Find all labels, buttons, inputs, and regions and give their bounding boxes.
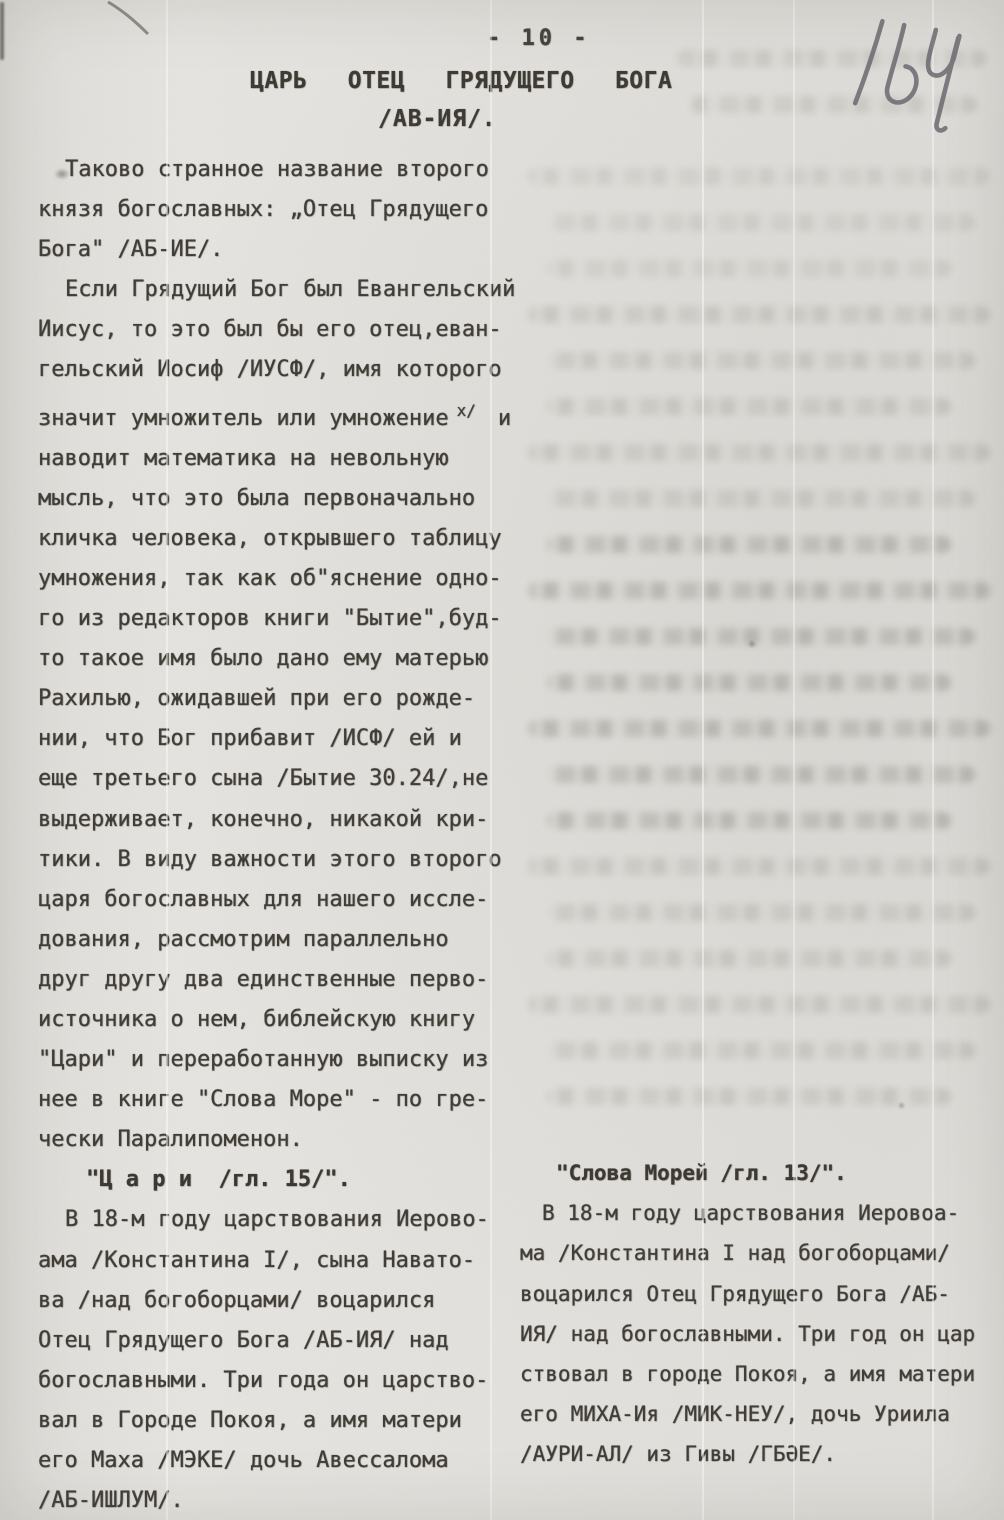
corner-pen-mark [96,0,166,40]
text-line: Иисус, то это был бы его отец,еван- [38,310,543,350]
ink-speck [748,640,756,648]
bleedthrough-line [528,306,990,323]
text-line: богославными. Три года он царство- [38,1361,543,1401]
text-line: чески Паралипоменон. [38,1120,543,1160]
document-title: ЦАРЬ ОТЕЦ ГРЯДУЩЕГО БОГА [250,68,672,94]
text-line: Бога" /АБ-ИЕ/. [38,230,543,270]
bleedthrough-line [547,628,975,645]
title-transliteration: /АВ-ИЯ/. [378,106,497,132]
text-line: нее в книге "Слова Море" - по гре- [38,1080,543,1120]
bleedthrough-line [528,444,990,461]
page-number: - 10 - [487,26,590,51]
text-line: выдерживает, конечно, никакой кри- [38,800,543,840]
text-line: ствовал в городе Покоя, а имя матери [520,1354,1002,1394]
text-line: гельский Иосиф /ИУСФ/, имя которого [38,350,543,390]
text-line: В 18-м году царствования Иерово- [38,1200,543,1240]
bleedthrough-line [547,766,975,783]
text-line: князя богославных: „Отец Грядущего [38,190,543,230]
chronicles-section-heading: "Слова Морей /гл. 13/". [520,1153,1002,1193]
text-line: вал в Городе Покоя, а имя матери [38,1401,543,1441]
bleedthrough-line [528,582,990,599]
text-line: друг другу два единственные перво- [38,960,543,1000]
bleedthrough-line [547,950,950,967]
text-line: ва /над богоборцами/ воцарился [38,1281,543,1321]
bleedthrough-line [528,858,990,875]
text-line: царя богославных для нашего иссле- [38,880,543,920]
text-line: Отец Грядущего Бога /АБ-ИЯ/ над [38,1321,543,1361]
text-line: его Маха /МЭКЕ/ дочь Авессалома [38,1441,543,1481]
text-line-with-footnote-mark: значит умножитель или умножениех/и [38,391,543,439]
text-line: мысль, что это была первоначально [38,479,543,519]
bleedthrough-text-block [508,168,1000,1158]
text-segment: и [498,406,511,431]
text-line: /АУРИ-АЛ/ из Гивы /ГБӘЕ/. [520,1434,1002,1474]
text-line: тики. В виду важности этого второго [38,840,543,880]
text-line: В 18-м году царствования Иеровоа- [520,1193,1002,1233]
text-line: /АБ-ИШЛУМ/. [38,1481,543,1520]
bleedthrough-line [547,536,950,553]
text-line: дования, рассмотрим параллельно [38,920,543,960]
handwritten-page-number-value: 154 [848,2,849,3]
text-line: источника о нем, библейскую книгу [38,1000,543,1040]
text-line: наводит математика на невольную [38,439,543,479]
text-line: ма /Константина I над богоборцами/ [520,1233,1002,1273]
bleedthrough-line [547,490,975,507]
bleedthrough-line [547,260,950,277]
bleedthrough-line [547,904,975,921]
scanned-document-page: - 10 - ЦАРЬ ОТЕЦ ГРЯДУЩЕГО БОГА /АВ-ИЯ/.… [0,0,1004,1520]
text-line: Таково странное название второго [38,150,543,190]
handwritten-page-number: 154 [837,2,988,144]
bleedthrough-line [547,1042,975,1059]
edge-mark [0,2,4,60]
text-segment: значит умножитель или умножение [38,406,449,431]
text-line: ИЯ/ над богославными. Три год он цар [520,1314,1002,1354]
bleedthrough-line [528,168,990,185]
bleedthrough-line [528,720,990,737]
text-line: умножения, так как об"яснение одно- [38,559,543,599]
text-line: то такое имя было дано ему матерью [38,639,543,679]
bleedthrough-line [547,1088,950,1105]
text-line: ама /Константина I/, сына Навато- [38,1241,543,1281]
pencil-numerals-154 [837,2,988,144]
text-line: нии, что Бог прибавит /ИСФ/ ей и [38,719,543,759]
text-line: воцарился Отец Грядущего Бога /АБ- [520,1274,1002,1314]
main-text-column: Таково странное название второго князя б… [38,150,543,1520]
text-line: го из редакторов книги "Бытие",буд- [38,599,543,639]
text-line: Рахилью, ожидавшей при его рожде- [38,679,543,719]
ink-speck [898,1102,905,1109]
text-line: Если Грядущий Бог был Евангельский [38,270,543,310]
kings-section-heading: "Ц а р и /гл. 15/". [38,1160,543,1200]
bleedthrough-line [547,674,950,691]
footnote-mark: х/ [457,391,476,431]
bleedthrough-line [528,996,990,1013]
text-line: кличка человека, открывшего таблицу [38,519,543,559]
chronicles-column: "Слова Морей /гл. 13/". В 18-м году царс… [520,1153,1002,1475]
text-line: еще третьего сына /Бытие 30.24/,не [38,759,543,799]
bleedthrough-line [547,398,950,415]
bleedthrough-line [547,214,975,231]
text-line: "Цари" и переработанную выписку из [38,1040,543,1080]
bleedthrough-line [547,352,975,369]
text-line: его МИХА-Ия /МИК-НЕУ/, дочь Уриила [520,1394,1002,1434]
bleedthrough-line [547,812,950,829]
